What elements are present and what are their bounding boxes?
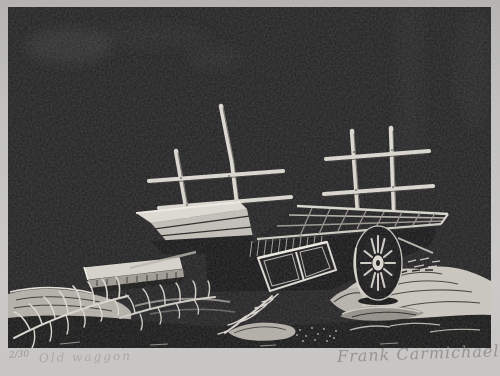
- print-grain-texture: [8, 7, 491, 348]
- artwork-scan: 2/30 Old waggon Frank Carmichael.: [0, 0, 500, 376]
- woodcut-print-image: [0, 0, 500, 376]
